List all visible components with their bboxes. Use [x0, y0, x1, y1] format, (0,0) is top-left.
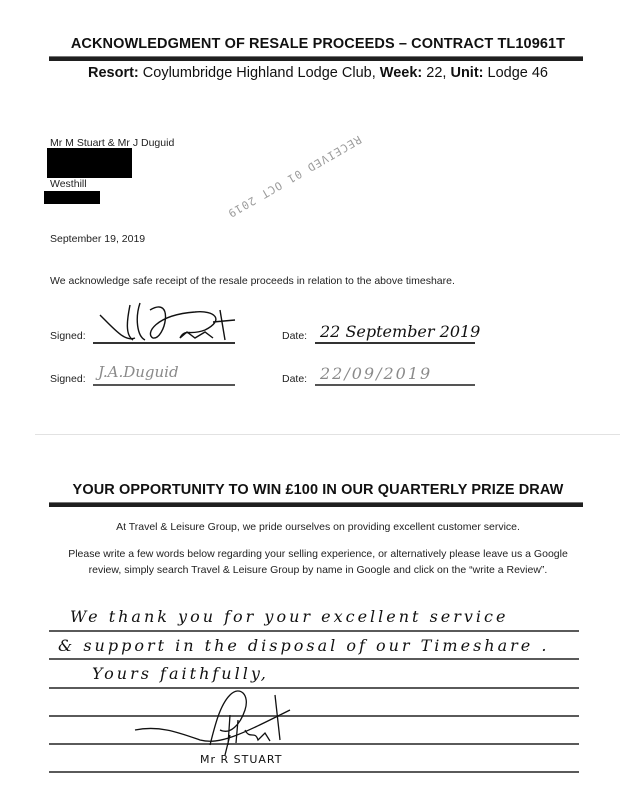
prize-draw-intro: At Travel & Leisure Group, we pride ours… [0, 519, 636, 535]
signature-1-scribble [95, 300, 235, 345]
week-value: 22, [426, 65, 446, 81]
redacted-address-line-1 [47, 148, 132, 178]
review-line-3 [49, 687, 579, 689]
review-printed-name: Mr R STUART [200, 753, 283, 766]
review-text-line-3: Yours faithfully, [92, 664, 269, 683]
letter-date: September 19, 2019 [50, 233, 145, 245]
title-rule [49, 57, 583, 61]
resort-label: Resort: [88, 65, 139, 81]
review-line-2 [49, 658, 579, 660]
review-line-6 [49, 771, 579, 773]
signed-label-2: Signed: [50, 373, 86, 385]
date-label-1: Date: [282, 330, 307, 342]
acknowledgement-text: We acknowledge safe receipt of the resal… [50, 275, 455, 287]
review-text-line-1: We thank you for your excellent service [70, 607, 508, 626]
received-stamp: RECEIVED 01 OCT 2019 [225, 133, 364, 220]
document-title: ACKNOWLEDGMENT OF RESALE PROCEEDS – CONT… [0, 36, 636, 52]
resort-details: Resort: Coylumbridge Highland Lodge Club… [0, 65, 636, 81]
review-line-4 [49, 715, 579, 717]
addressee-town: Westhill [50, 178, 87, 190]
prize-draw-instructions-1: Please write a few words below regarding… [0, 546, 636, 562]
review-line-1 [49, 630, 579, 632]
prize-draw-instructions-2: review, simply search Travel & Leisure G… [0, 562, 636, 578]
date-line-1 [315, 342, 475, 344]
unit-label: Unit: [450, 65, 483, 81]
prize-draw-title: YOUR OPPORTUNITY TO WIN £100 IN OUR QUAR… [0, 482, 636, 498]
redacted-address-line-2 [44, 191, 100, 204]
date-value-2: 22/09/2019 [320, 364, 432, 383]
resort-value: Coylumbridge Highland Lodge Club, [143, 65, 376, 81]
unit-value: Lodge 46 [488, 65, 548, 81]
date-line-2 [315, 384, 475, 386]
date-value-1: 22 September 2019 [320, 322, 480, 341]
signed-label-1: Signed: [50, 330, 86, 342]
signature-line-2 [93, 384, 235, 386]
signature-2: J.A.Duguid [98, 363, 179, 381]
review-line-5 [49, 743, 579, 745]
week-label: Week: [380, 65, 422, 81]
review-text-line-2: & support in the disposal of our Timesha… [58, 636, 549, 655]
fold-line [35, 434, 620, 435]
date-label-2: Date: [282, 373, 307, 385]
prize-draw-rule [49, 503, 583, 507]
